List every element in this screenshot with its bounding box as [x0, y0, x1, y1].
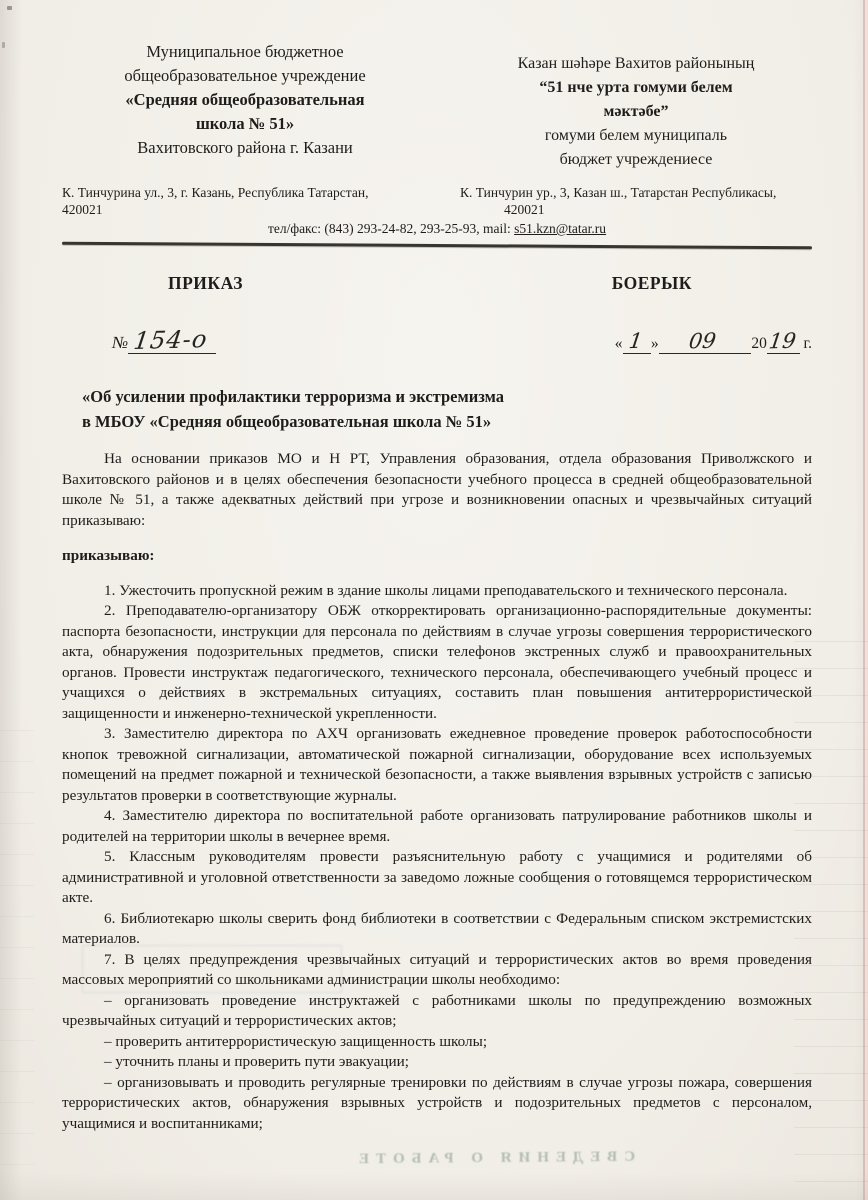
- org-line: «Средняя общеобразовательная: [84, 88, 406, 112]
- year-printed-prefix: 20: [751, 335, 767, 352]
- org-line: гомуми белем муниципаль: [460, 124, 812, 148]
- address-russian: К. Тинчурина ул., 3, г. Казань, Республи…: [62, 184, 430, 218]
- address-line: К. Тинчурина ул., 3, г. Казань, Республи…: [62, 184, 430, 201]
- address-line: К. Тинчурин ур., 3, Казан ш., Татарстан …: [460, 184, 812, 201]
- order-number: №154-о: [112, 328, 216, 354]
- order-title-line: в МБОУ «Средняя общеобразовательная школ…: [82, 409, 812, 434]
- handwritten-order-number: 154-о: [132, 327, 209, 353]
- handwritten-month: 09: [687, 331, 717, 353]
- order-title-line: «Об усилении профилактики терроризма и э…: [82, 384, 812, 409]
- day-underline: 1: [623, 331, 651, 354]
- order-subitem-4: – организовывать и проводить регулярные …: [62, 1073, 812, 1135]
- header-divider-rule: [62, 242, 812, 250]
- order-body: На основании приказов МО и Н РТ, Управле…: [62, 449, 812, 1134]
- number-underline: 154-о: [128, 328, 216, 354]
- order-items: 1. Ужесточить пропускной режим в здание …: [62, 581, 812, 1135]
- org-line: мәктәбе”: [460, 100, 812, 124]
- order-subitem-1: – организовать проведение инструктажей с…: [62, 991, 812, 1032]
- org-line: общеобразовательное учреждение: [84, 64, 406, 88]
- org-line: бюджет учреждениесе: [460, 148, 812, 172]
- order-title: «Об усилении профилактики терроризма и э…: [82, 384, 812, 434]
- org-line: школа № 51»: [84, 112, 406, 136]
- order-item-5: 5. Классным руководителям провести разъя…: [62, 847, 812, 909]
- quote-open: «: [615, 335, 623, 352]
- org-line: Вахитовского района г. Казани: [84, 136, 406, 160]
- order-item-7: 7. В целях предупреждения чрезвычайных с…: [62, 950, 812, 991]
- year-underline: 19: [767, 331, 800, 354]
- org-line: “51 нче урта гомуми белем: [460, 76, 812, 100]
- address-zip: 420021: [62, 201, 430, 218]
- contact-line: тел/факс: (843) 293-24-82, 293-25-93, ma…: [62, 221, 812, 237]
- address-block: К. Тинчурина ул., 3, г. Казань, Республи…: [62, 184, 812, 218]
- org-name-russian: Муниципальное бюджетное общеобразователь…: [84, 40, 406, 172]
- number-and-date-row: №154-о «1»092019 г.: [62, 312, 812, 354]
- phone-fax-text: тел/факс: (843) 293-24-82, 293-25-93, ma…: [268, 221, 514, 236]
- order-headings: ПРИКАЗ БОЕРЫК: [62, 273, 812, 294]
- command-word: приказываю:: [62, 546, 812, 567]
- org-name-tatar: Казан шәһәре Вахитов районының “51 нче у…: [460, 40, 812, 172]
- letterhead: Муниципальное бюджетное общеобразователь…: [62, 40, 812, 172]
- order-subitem-2: – проверить антитеррористическую защищен…: [62, 1032, 812, 1053]
- handwritten-day: 1: [627, 331, 643, 352]
- address-zip: 420021: [504, 201, 812, 218]
- address-tatar: К. Тинчурин ур., 3, Казан ш., Татарстан …: [460, 184, 812, 218]
- quote-close: »: [651, 335, 659, 352]
- order-item-6: 6. Библиотекарю школы сверить фонд библи…: [62, 909, 812, 950]
- year-suffix: г.: [804, 335, 812, 352]
- order-heading-tatar: БОЕРЫК: [612, 273, 692, 294]
- order-item-2: 2. Преподавателю-организатору ОБЖ откорр…: [62, 601, 812, 724]
- order-heading-russian: ПРИКАЗ: [168, 273, 243, 294]
- order-item-1: 1. Ужесточить пропускной режим в здание …: [62, 581, 812, 602]
- email-address: s51.kzn@tatar.ru: [514, 221, 606, 236]
- org-line: Муниципальное бюджетное: [84, 40, 406, 64]
- number-sign: №: [112, 333, 128, 352]
- order-item-4: 4. Заместителю директора по воспитательн…: [62, 806, 812, 847]
- document-content: Муниципальное бюджетное общеобразователь…: [0, 0, 868, 1200]
- order-item-3: 3. Заместителю директора по АХЧ организо…: [62, 724, 812, 806]
- scanned-order-document: Муниципальное бюджетное общеобразователь…: [0, 0, 868, 1200]
- handwritten-year: 19: [767, 331, 797, 353]
- month-underline: 09: [659, 331, 752, 354]
- intro-paragraph: На основании приказов МО и Н РТ, Управле…: [62, 449, 812, 531]
- order-subitem-3: – уточнить планы и проверить пути эвакуа…: [62, 1052, 812, 1073]
- order-date: «1»092019 г.: [615, 331, 812, 354]
- org-line: Казан шәһәре Вахитов районының: [460, 52, 812, 76]
